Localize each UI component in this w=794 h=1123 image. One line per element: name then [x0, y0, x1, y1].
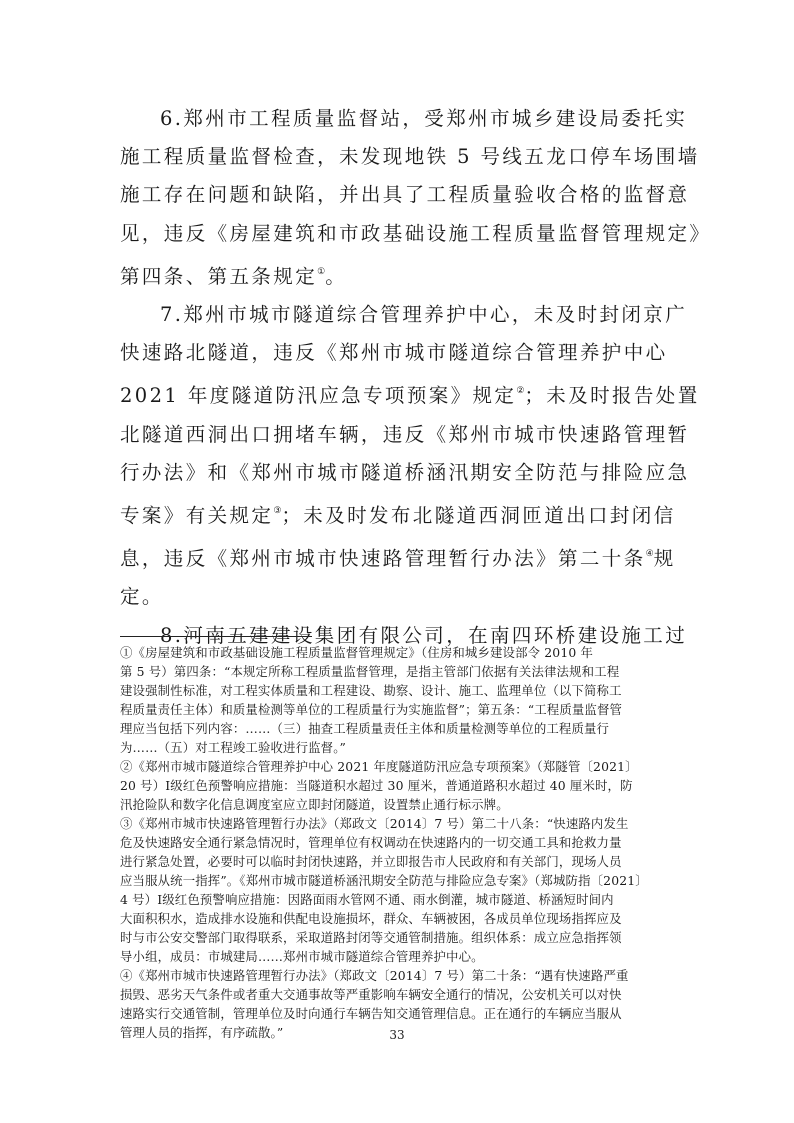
text-segment: 。 — [325, 265, 347, 288]
footnote-line: 第 5 号）第四条：“本规定所称工程质量监督管理，是指主管部门依据有关法律法规和… — [120, 662, 676, 681]
text-line: 专案》有关规定③；未及时发布北隧道西洞匝道出口封闭信 — [120, 492, 676, 535]
text-line: 北隧道西洞出口拥堵车辆，违反《郑州市城市快速路管理暂 — [120, 416, 676, 454]
footnote-line: 程质量责任主体）和质量检测等单位的工程质量行为实施监督”；第五条：“工程质量监督… — [120, 700, 676, 719]
footnote-line: 汛抢险队和数字化信息调度室应立即封闭隧道，设置禁止通行标示牌。 — [120, 795, 676, 814]
text-line: 快速路北隧道，违反《郑州市城市隧道综合管理养护中心 — [120, 334, 676, 372]
footnote-ref-1[interactable]: ① — [317, 267, 325, 277]
footnote-line: 大面积积水，造成排水设施和供配电设施损坏，群众、车辆被困，各成员单位现场指挥应及 — [120, 909, 676, 928]
footnote-1: ①《房屋建筑和市政基础设施工程质量监督管理规定》（住房和城乡建设部令 2010 … — [120, 643, 676, 757]
body-text: 6.郑州市工程质量监督站，受郑州市城乡建设局委托实 施工程质量监督检查，未发现地… — [120, 100, 676, 655]
text-line: 见，违反《房屋建筑和市政基础设施工程质量监督管理规定》 — [120, 215, 676, 253]
footnote-3: ③《郑州市城市快速路管理暂行办法》（郑政文〔2014〕7 号）第二十八条：“快速… — [120, 814, 676, 966]
text-segment: 第四条、第五条规定 — [120, 265, 317, 288]
footnote-line: ①《房屋建筑和市政基础设施工程质量监督管理规定》（住房和城乡建设部令 2010 … — [120, 643, 676, 662]
text-segment: 息，违反《郑州市城市快速路管理暂行办法》第二十条 — [120, 547, 646, 570]
footnote-line: 进行紧急处置，必要时可以临时封闭快速路，并立即报告市人民政府和有关部门，现场人员 — [120, 852, 676, 871]
text-segment: 2021 年度隧道防汛应急专项预案》规定 — [120, 384, 516, 407]
footnotes: ①《房屋建筑和市政基础设施工程质量监督管理规定》（住房和城乡建设部令 2010 … — [120, 643, 676, 1042]
footnote-line: 应当服从统一指挥”。《郑州市城市隧道桥涵汛期安全防范与排险应急专案》（郑城防指〔… — [120, 871, 676, 890]
footnote-line: 速路实行交通管制，管理单位及时向通行车辆告知交通管理信息。正在通行的车辆应当服从 — [120, 1004, 676, 1023]
text-line: 施工存在问题和缺陷，并出具了工程质量验收合格的监督意 — [120, 176, 676, 214]
text-line: 第四条、第五条规定①。 — [120, 253, 676, 296]
footnote-line: 20 号）Ⅰ级红色预警响应措施：当隧道积水超过 30 厘米，普通道路积水超过 4… — [120, 776, 676, 795]
text-line: 施工程质量监督检查，未发现地铁 5 号线五龙口停车场围墙 — [120, 138, 676, 176]
text-line: 6.郑州市工程质量监督站，受郑州市城乡建设局委托实 — [120, 100, 676, 138]
footnote-line: ③《郑州市城市快速路管理暂行办法》（郑政文〔2014〕7 号）第二十八条：“快速… — [120, 814, 676, 833]
text-line: 行办法》和《郑州市城市隧道桥涵汛期安全防范与排险应急 — [120, 454, 676, 492]
footnote-ref-4[interactable]: ④ — [646, 549, 654, 559]
text-segment: ；未及时发布北隧道西洞匝道出口封闭信 — [281, 504, 675, 527]
footnote-line: 理应当包括下列内容：……（三）抽查工程质量责任主体和质量检测等单位的工程质量行 — [120, 719, 676, 738]
page-number: 33 — [0, 1028, 794, 1042]
paragraph-item-6: 6.郑州市工程质量监督站，受郑州市城乡建设局委托实 施工程质量监督检查，未发现地… — [120, 100, 676, 296]
footnote-line: ②《郑州市城市隧道综合管理养护中心 2021 年度隧道防汛应急专项预案》（郑隧管… — [120, 757, 676, 776]
document-page: 6.郑州市工程质量监督站，受郑州市城乡建设局委托实 施工程质量监督检查，未发现地… — [0, 0, 794, 1123]
text-segment: ；未及时报告处置 — [524, 384, 699, 407]
text-line: 息，违反《郑州市城市快速路管理暂行办法》第二十条④规 — [120, 535, 676, 578]
footnote-line: ④《郑州市城市快速路管理暂行办法》（郑政文〔2014〕7 号）第二十条：“遇有快… — [120, 966, 676, 985]
text-line: 2021 年度隧道防汛应急专项预案》规定②；未及时报告处置 — [120, 372, 676, 415]
footnote-divider — [120, 636, 312, 637]
text-line: 定。 — [120, 578, 676, 616]
paragraph-item-7: 7.郑州市城市隧道综合管理养护中心，未及时封闭京广 快速路北隧道，违反《郑州市城… — [120, 296, 676, 617]
footnote-line: 损毁、恶劣天气条件或者重大交通事故等严重影响车辆安全通行的情况，公安机关可以对快 — [120, 985, 676, 1004]
footnote-line: 4 号）Ⅰ级红色预警响应措施：因路面雨水管网不通、雨水倒灌，城市隧道、桥涵短时间… — [120, 890, 676, 909]
text-segment: 专案》有关规定 — [120, 504, 273, 527]
footnote-line: 建设强制性标准，对工程实体质量和工程建设、勘察、设计、施工、监理单位（以下简称工 — [120, 681, 676, 700]
footnote-line: 为……（五）对工程竣工验收进行监督。” — [120, 738, 676, 757]
footnote-2: ②《郑州市城市隧道综合管理养护中心 2021 年度隧道防汛应急专项预案》（郑隧管… — [120, 757, 676, 814]
footnote-line: 导小组，成员：市城建局……郑州市城市隧道综合管理养护中心。 — [120, 947, 676, 966]
footnote-line: 危及快速路安全通行紧急情况时，管理单位有权调动在快速路内的一切交通工具和抢救力量 — [120, 833, 676, 852]
text-segment: 规 — [654, 547, 676, 570]
text-line: 7.郑州市城市隧道综合管理养护中心，未及时封闭京广 — [120, 296, 676, 334]
footnote-line: 时与市公安交警部门取得联系，采取道路封闭等交通管制措施。组织体系：成立应急指挥领 — [120, 928, 676, 947]
